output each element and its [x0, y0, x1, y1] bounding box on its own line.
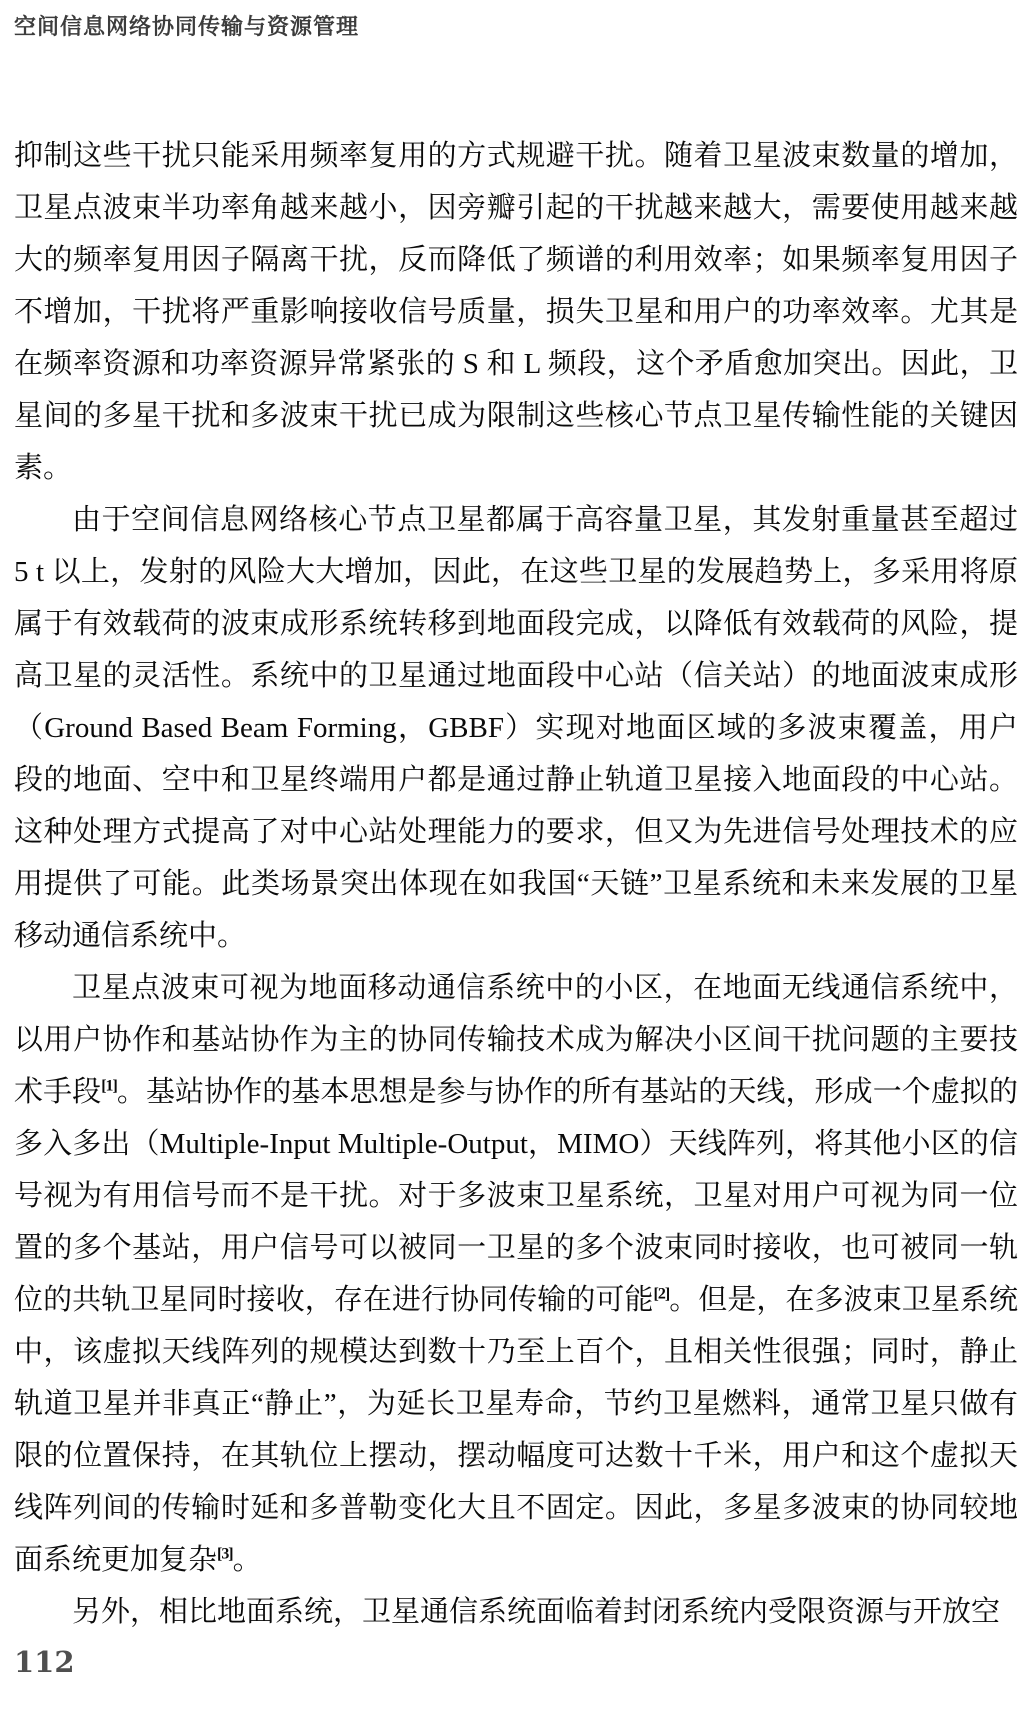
paragraph-3-text-d: 。 — [233, 1544, 262, 1576]
paragraph-3-text-b: 。基站协作的基本思想是参与协作的所有基站的天线，形成一个虚拟的多入多出（Mult… — [14, 1076, 1018, 1316]
page-number: 112 — [14, 1645, 75, 1679]
paragraph-4: 另外，相比地面系统，卫星通信系统面临着封闭系统内受限资源与开放空 — [14, 1586, 1018, 1638]
paragraph-1: 抑制这些干扰只能采用频率复用的方式规避干扰。随着卫星波束数量的增加，卫星点波束半… — [14, 130, 1018, 494]
citation-ref-2: [2] — [654, 1285, 670, 1302]
paragraph-4-text: 另外，相比地面系统，卫星通信系统面临着封闭系统内受限资源与开放空 — [72, 1596, 1000, 1628]
citation-ref-3: [3] — [217, 1545, 233, 1562]
paragraph-3-text-c: 。但是，在多波束卫星系统中，该虚拟天线阵列的规模达到数十乃至上百个，且相关性很强… — [14, 1284, 1018, 1576]
running-header: 空间信息网络协同传输与资源管理 — [14, 10, 359, 41]
paragraph-3: 卫星点波束可视为地面移动通信系统中的小区，在地面无线通信系统中，以用户协作和基站… — [14, 962, 1018, 1586]
paragraph-1-text: 抑制这些干扰只能采用频率复用的方式规避干扰。随着卫星波束数量的增加，卫星点波束半… — [14, 140, 1018, 484]
paragraph-2: 由于空间信息网络核心节点卫星都属于高容量卫星，其发射重量甚至超过 5 t 以上，… — [14, 494, 1018, 962]
document-page: 空间信息网络协同传输与资源管理 抑制这些干扰只能采用频率复用的方式规避干扰。随着… — [0, 0, 1033, 1709]
paragraph-2-text: 由于空间信息网络核心节点卫星都属于高容量卫星，其发射重量甚至超过 5 t 以上，… — [14, 504, 1018, 952]
citation-ref-1: [1] — [101, 1077, 117, 1094]
page-body: 抑制这些干扰只能采用频率复用的方式规避干扰。随着卫星波束数量的增加，卫星点波束半… — [14, 130, 1018, 1638]
